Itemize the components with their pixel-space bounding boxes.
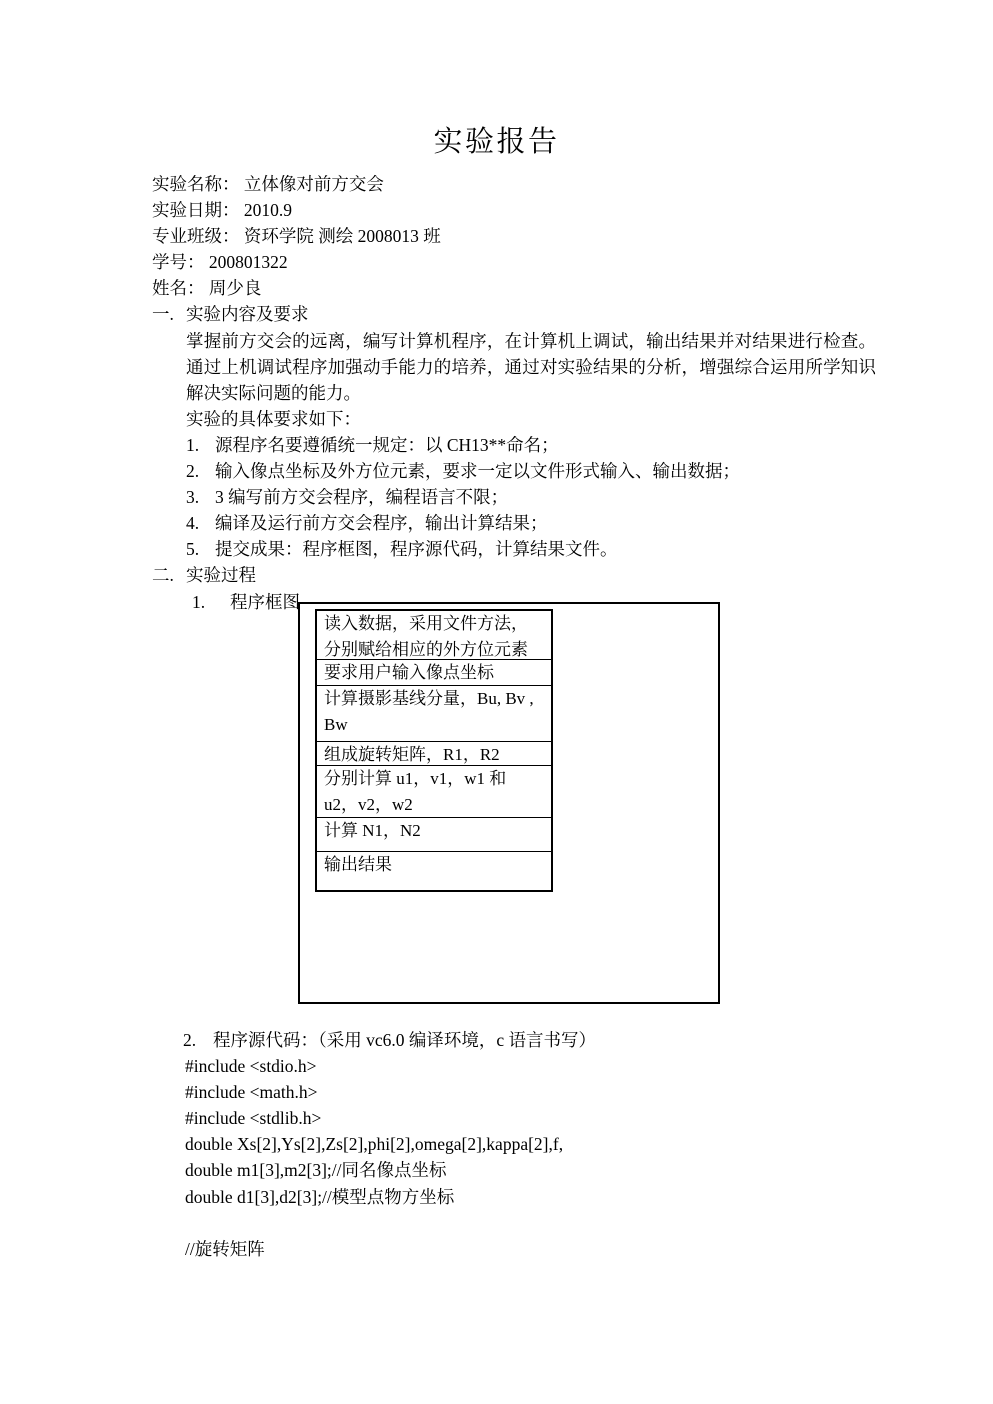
item-text: 3 编写前方交会程序，编程语言不限； bbox=[215, 487, 508, 507]
flow-step-text: 要求用户输入像点坐标 bbox=[324, 660, 547, 686]
flow-step-text: 计算摄影基线分量，Bu, Bv , bbox=[324, 686, 547, 712]
requirement-item: 2.输入像点坐标及外方位元素，要求一定以文件形式输入、输出数据； bbox=[186, 458, 912, 484]
section1-heading: 一.实验内容及要求 bbox=[152, 301, 912, 327]
item-text: 提交成果：程序框图，程序源代码，计算结果文件。 bbox=[215, 539, 618, 559]
flowchart-step-n1n2: 计算 N1，N2 bbox=[317, 818, 551, 852]
page-title: 实验报告 bbox=[0, 120, 993, 164]
flowchart-step-user-input: 要求用户输入像点坐标 bbox=[317, 660, 551, 686]
flowchart-step-read-data: 读入数据，采用文件方法， 分别赋给相应的外方位元素 bbox=[317, 611, 551, 660]
section2-title: 实验过程 bbox=[186, 565, 256, 585]
section1-intro-paragraph: 掌握前方交会的远离，编写计算机程序，在计算机上调试，输出结果并对结果进行检查。通… bbox=[186, 328, 876, 406]
flow-step-text: 分别赋给相应的外方位元素 bbox=[324, 637, 547, 661]
document-page: 实验报告 实验名称： 立体像对前方交会 实验日期： 2010.9 专业班级： 资… bbox=[0, 0, 993, 1404]
meta-line-student-id: 学号： 200801322 bbox=[152, 249, 912, 275]
meta-line-experiment-name: 实验名称： 立体像对前方交会 bbox=[152, 171, 912, 197]
meta-line-student-name: 姓名： 周少良 bbox=[152, 275, 912, 301]
sub-item-text: 程序框图 bbox=[230, 592, 300, 612]
flowchart-step-uvw: 分别计算 u1，v1，w1 和 u2，v2，w2 bbox=[317, 766, 551, 818]
item-number: 2. bbox=[186, 458, 215, 484]
item-number: 4. bbox=[186, 510, 215, 536]
section1-number: 一. bbox=[152, 301, 186, 327]
code-line: double d1[3],d2[3];//模型点物方坐标 bbox=[185, 1184, 932, 1210]
sub-item-number: 2. bbox=[183, 1027, 213, 1053]
requirement-item: 3.3 编写前方交会程序，编程语言不限； bbox=[186, 484, 912, 510]
source-code-section: 2.程序源代码：（采用 vc6.0 编译环境，c 语言书写） #include … bbox=[152, 1027, 932, 1262]
flowchart-step-baseline: 计算摄影基线分量，Bu, Bv , Bw bbox=[317, 686, 551, 742]
flow-step-text: 读入数据，采用文件方法， bbox=[324, 611, 547, 637]
item-text: 源程序名要遵循统一规定：以 CH13**命名； bbox=[215, 435, 559, 455]
flowchart-outer-box: 读入数据，采用文件方法， 分别赋给相应的外方位元素 要求用户输入像点坐标 计算摄… bbox=[298, 602, 720, 1004]
code-blank-line bbox=[185, 1210, 932, 1236]
item-number: 5. bbox=[186, 536, 215, 562]
flowchart: 读入数据，采用文件方法， 分别赋给相应的外方位元素 要求用户输入像点坐标 计算摄… bbox=[315, 609, 553, 892]
flow-step-text: 输出结果 bbox=[324, 852, 547, 878]
section2-heading: 二.实验过程 bbox=[152, 562, 912, 588]
section2-number: 二. bbox=[152, 562, 186, 588]
item-number: 1. bbox=[186, 432, 215, 458]
item-text: 输入像点坐标及外方位元素，要求一定以文件形式输入、输出数据； bbox=[215, 461, 740, 481]
meta-line-experiment-date: 实验日期： 2010.9 bbox=[152, 197, 912, 223]
flow-step-text: 分别计算 u1，v1，w1 和 bbox=[324, 766, 547, 792]
flowchart-step-output: 输出结果 bbox=[317, 852, 551, 890]
code-line: double Xs[2],Ys[2],Zs[2],phi[2],omega[2]… bbox=[185, 1131, 932, 1157]
sub-item-text: 程序源代码：（采用 vc6.0 编译环境，c 语言书写） bbox=[213, 1030, 596, 1050]
code-line: #include <math.h> bbox=[185, 1079, 932, 1105]
requirement-item: 5.提交成果：程序框图，程序源代码，计算结果文件。 bbox=[186, 536, 912, 562]
code-line: double m1[3],m2[3];//同名像点坐标 bbox=[185, 1157, 932, 1183]
requirement-item: 1.源程序名要遵循统一规定：以 CH13**命名； bbox=[186, 432, 912, 458]
flowchart-step-rotation-matrix: 组成旋转矩阵，R1，R2 bbox=[317, 742, 551, 766]
requirements-label: 实验的具体要求如下： bbox=[186, 406, 912, 432]
source-code-subheading: 2.程序源代码：（采用 vc6.0 编译环境，c 语言书写） bbox=[183, 1027, 932, 1053]
code-line: #include <stdio.h> bbox=[185, 1053, 932, 1079]
section1-title: 实验内容及要求 bbox=[186, 304, 309, 324]
meta-line-class: 专业班级： 资环学院 测绘 2008013 班 bbox=[152, 223, 912, 249]
code-line: //旋转矩阵 bbox=[185, 1236, 932, 1262]
item-number: 3. bbox=[186, 484, 215, 510]
item-text: 编译及运行前方交会程序，输出计算结果； bbox=[215, 513, 548, 533]
requirement-item: 4.编译及运行前方交会程序，输出计算结果； bbox=[186, 510, 912, 536]
flow-step-text: u2，v2，w2 bbox=[324, 792, 547, 818]
sub-item-number: 1. bbox=[192, 589, 230, 615]
code-line: #include <stdlib.h> bbox=[185, 1105, 932, 1131]
document-body: 实验名称： 立体像对前方交会 实验日期： 2010.9 专业班级： 资环学院 测… bbox=[152, 171, 912, 615]
flow-step-text: 计算 N1，N2 bbox=[324, 818, 547, 844]
flow-step-text: 组成旋转矩阵，R1，R2 bbox=[324, 742, 547, 766]
flow-step-text: Bw bbox=[324, 712, 547, 738]
